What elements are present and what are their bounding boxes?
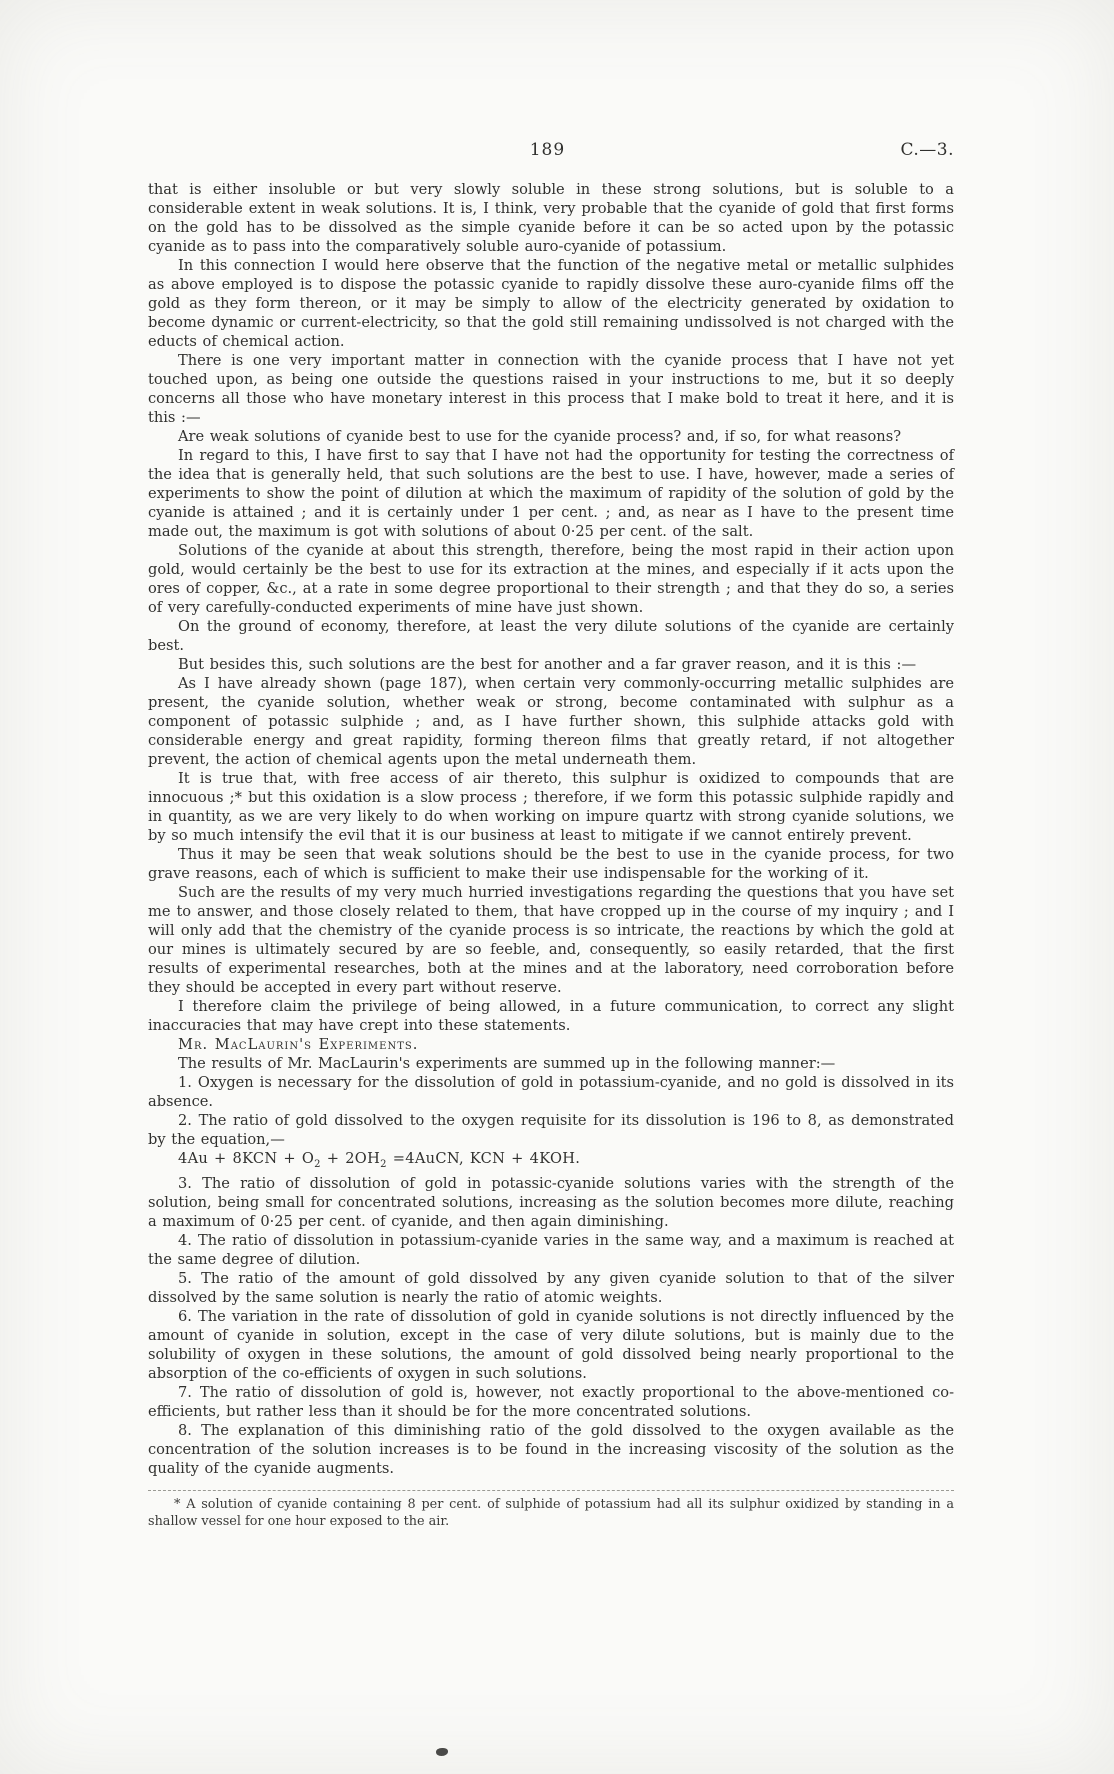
experiments-intro: The results of Mr. MacLaurin's experimen…: [148, 1054, 954, 1073]
body-paragraph: In regard to this, I have first to say t…: [148, 446, 954, 541]
body-paragraph: Solutions of the cyanide at about this s…: [148, 541, 954, 617]
footnote-text: * A solution of cyanide containing 8 per…: [148, 1496, 954, 1530]
body-paragraph: There is one very important matter in co…: [148, 351, 954, 427]
page-number: 189: [530, 140, 565, 160]
body-paragraph: that is either insoluble or but very slo…: [148, 180, 954, 256]
chemical-equation: 4Au + 8KCN + O2 + 2OH2 =4AuCN, KCN + 4KO…: [148, 1149, 954, 1174]
document-page: 189 C.—3. that is either insoluble or bu…: [148, 140, 954, 1530]
body-paragraph: Such are the results of my very much hur…: [148, 883, 954, 997]
experiment-item: 2. The ratio of gold dissolved to the ox…: [148, 1111, 954, 1149]
page-header: 189 C.—3.: [148, 140, 954, 164]
body-paragraph: In this connection I would here observe …: [148, 256, 954, 351]
equation-subscript: 2: [314, 1159, 321, 1170]
equation-subscript: 2: [380, 1159, 387, 1170]
experiment-item: 6. The variation in the rate of dissolut…: [148, 1307, 954, 1383]
experiment-item: 5. The ratio of the amount of gold disso…: [148, 1269, 954, 1307]
footnote-divider: [148, 1490, 954, 1491]
experiment-item: 8. The explanation of this diminishing r…: [148, 1421, 954, 1478]
equation-segment: =4AuCN, KCN + 4KOH.: [387, 1150, 580, 1167]
experiment-item: 4. The ratio of dissolution in potassium…: [148, 1231, 954, 1269]
experiment-item: 3. The ratio of dissolution of gold in p…: [148, 1174, 954, 1231]
body-paragraph: On the ground of economy, therefore, at …: [148, 617, 954, 655]
body-paragraph: It is true that, with free access of air…: [148, 769, 954, 845]
equation-segment: 4Au + 8KCN + O: [178, 1150, 314, 1167]
experiment-item: 7. The ratio of dissolution of gold is, …: [148, 1383, 954, 1421]
section-heading: Mr. MacLaurin's Experiments.: [148, 1035, 954, 1054]
ink-blot-artifact: [436, 1748, 448, 1756]
experiment-item: 1. Oxygen is necessary for the dissoluti…: [148, 1073, 954, 1111]
section-reference: C.—3.: [900, 140, 954, 160]
body-paragraph: But besides this, such solutions are the…: [148, 655, 954, 674]
body-paragraph: Are weak solutions of cyanide best to us…: [148, 427, 954, 446]
equation-segment: + 2OH: [321, 1150, 380, 1167]
body-paragraph: Thus it may be seen that weak solutions …: [148, 845, 954, 883]
body-paragraph: I therefore claim the privilege of being…: [148, 997, 954, 1035]
body-paragraph: As I have already shown (page 187), when…: [148, 674, 954, 769]
